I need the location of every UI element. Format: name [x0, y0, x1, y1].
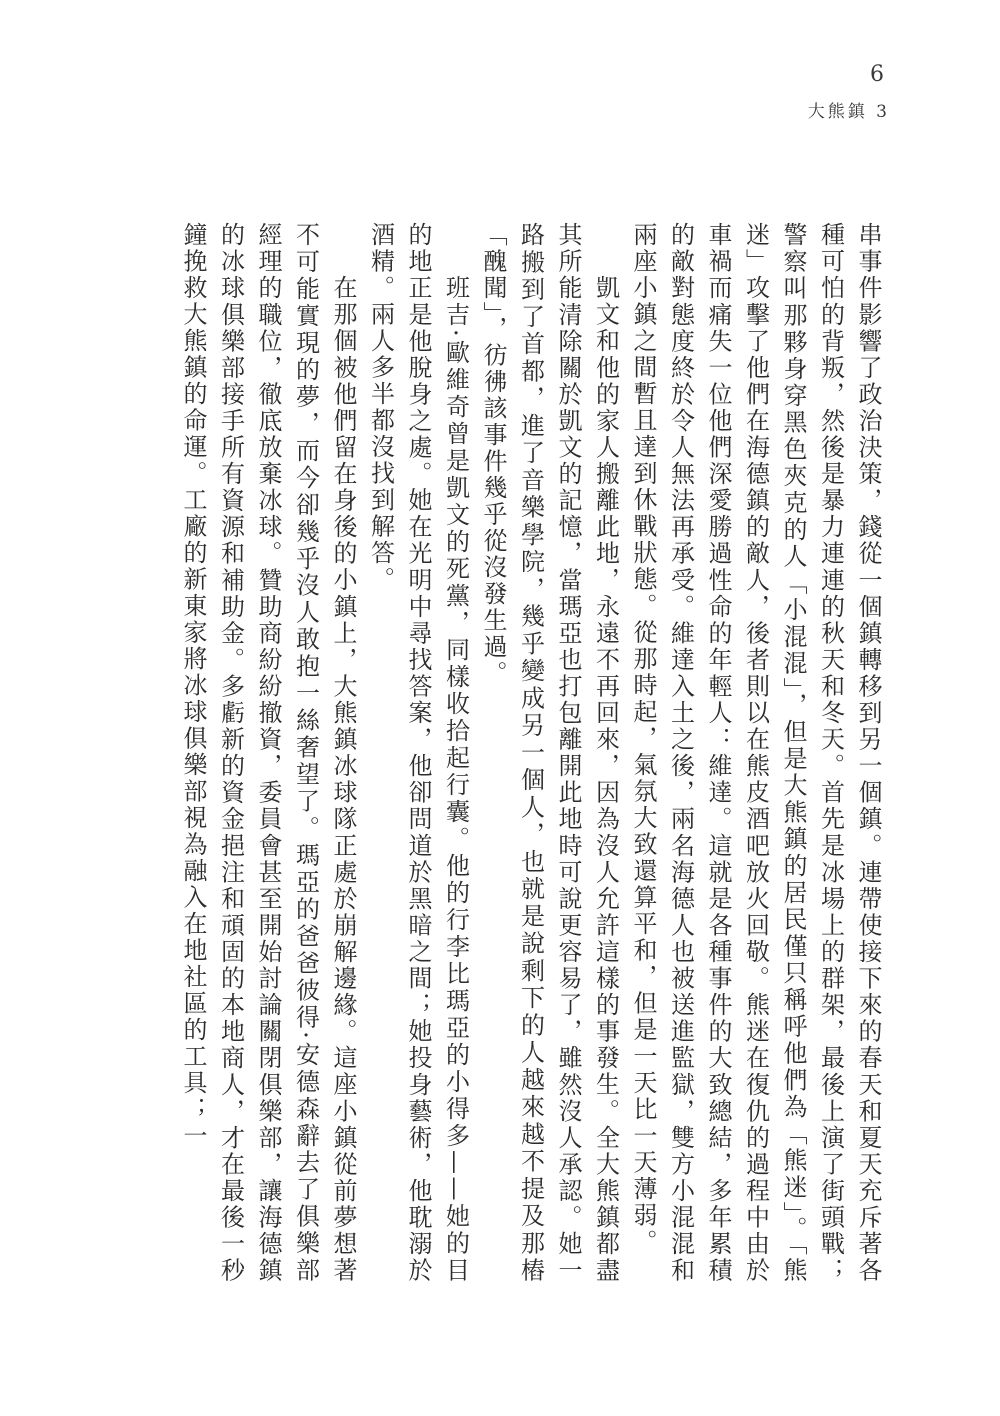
paragraph-2: 凱文和他的家人搬離此地，永遠不再回來，因為沒人允許這樣的事發生。全大熊鎮都盡其所…: [474, 222, 624, 1284]
body-text: 串事件影響了政治決策，錢從一個鎮轉移到另一個鎮。連帶使接下來的春天和夏天充斥著各…: [174, 222, 887, 1284]
paragraph-3: 班吉·歐維奇曾是凱文的死黨，同樣收拾起行囊。他的行李比瑪亞的小得多——她的目的地…: [361, 222, 474, 1284]
paragraph-4: 在那個被他們留在身後的小鎮上，大熊鎮冰球隊正處於崩解邊緣。這座小鎮從前夢想著不可…: [174, 222, 362, 1284]
page-number: 6: [870, 62, 884, 87]
book-page: 6 大熊鎮 3 串事件影響了政治決策，錢從一個鎮轉移到另一個鎮。連帶使接下來的春…: [0, 0, 1000, 1416]
paragraph-1: 串事件影響了政治決策，錢從一個鎮轉移到另一個鎮。連帶使接下來的春天和夏天充斥著各…: [624, 222, 887, 1284]
running-title: 大熊鎮 3: [808, 97, 890, 122]
